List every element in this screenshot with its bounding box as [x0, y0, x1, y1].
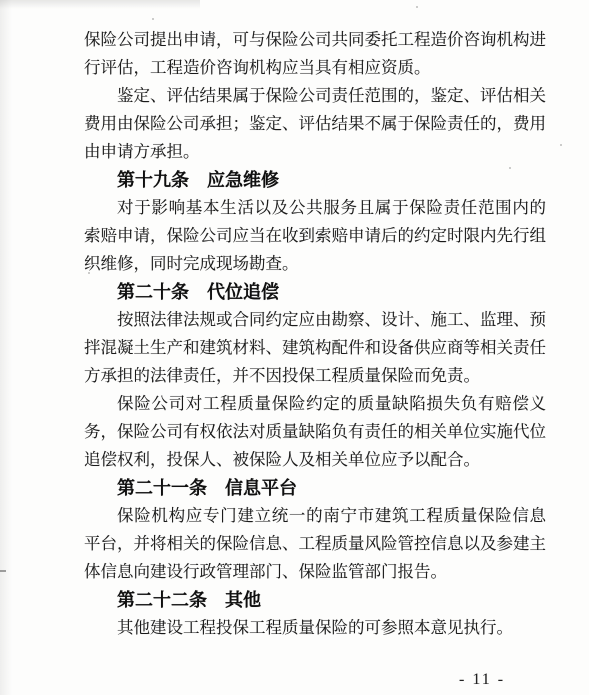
section-heading: 第十九条 应急维修	[84, 166, 546, 194]
body-text-line: 索赔申请，保险公司应当在收到索赔申请后的约定时限内先行组	[84, 222, 546, 250]
scan-speck	[416, 6, 418, 8]
body-text-line: 保险公司提出申请，可与保险公司共同委托工程造价咨询机构进	[84, 26, 546, 54]
scanned-document-page: 保险公司提出申请，可与保险公司共同委托工程造价咨询机构进行评估，工程造价咨询机构…	[0, 0, 589, 695]
body-text-line: 由申请方承担。	[84, 138, 546, 166]
document-body: 保险公司提出申请，可与保险公司共同委托工程造价咨询机构进行评估，工程造价咨询机构…	[84, 26, 546, 642]
body-text-line: 行评估，工程造价咨询机构应当具有相应资质。	[84, 54, 546, 82]
body-text-line: 方承担的法律责任，并不因投保工程质量保险而免责。	[84, 362, 546, 390]
scan-speck	[152, 18, 154, 20]
body-text-line: 平台，并将相关的保险信息、工程质量风险管控信息以及参建主	[84, 530, 546, 558]
page-number: - 11 -	[459, 671, 505, 689]
body-text-line: 追偿权利，投保人、被保险人及相关单位应予以配合。	[84, 446, 546, 474]
body-text-line: 按照法律法规或合同约定应由勘察、设计、施工、监理、预	[84, 306, 546, 334]
body-text-line: 拌混凝土生产和建筑材料、建筑构配件和设备供应商等相关责任	[84, 334, 546, 362]
scan-speck	[0, 570, 6, 572]
body-text-line: 织维修，同时完成现场勘查。	[84, 250, 546, 278]
scan-shadow-top	[0, 0, 200, 9]
scan-shadow-left	[0, 0, 12, 695]
section-heading: 第二十一条 信息平台	[84, 474, 546, 502]
body-text-line: 保险公司对工程质量保险约定的质量缺陷损失负有赔偿义	[84, 390, 546, 418]
body-text-line: 体信息向建设行政管理部门、保险监管部门报告。	[84, 558, 546, 586]
body-text-line: 对于影响基本生活以及公共服务且属于保险责任范围内的	[84, 194, 546, 222]
body-text-line: 费用由保险公司承担；鉴定、评估结果不属于保险责任的，费用	[84, 110, 546, 138]
section-heading: 第二十条 代位追偿	[84, 278, 546, 306]
section-heading: 第二十二条 其他	[84, 586, 546, 614]
body-text-line: 鉴定、评估结果属于保险公司责任范围的，鉴定、评估相关	[84, 82, 546, 110]
body-text-line: 保险机构应专门建立统一的南宁市建筑工程质量保险信息	[84, 502, 546, 530]
body-text-line: 务，保险公司有权依法对质量缺陷负有责任的相关单位实施代位	[84, 418, 546, 446]
scan-speck	[560, 144, 562, 146]
body-text-line: 其他建设工程投保工程质量保险的可参照本意见执行。	[84, 614, 546, 642]
